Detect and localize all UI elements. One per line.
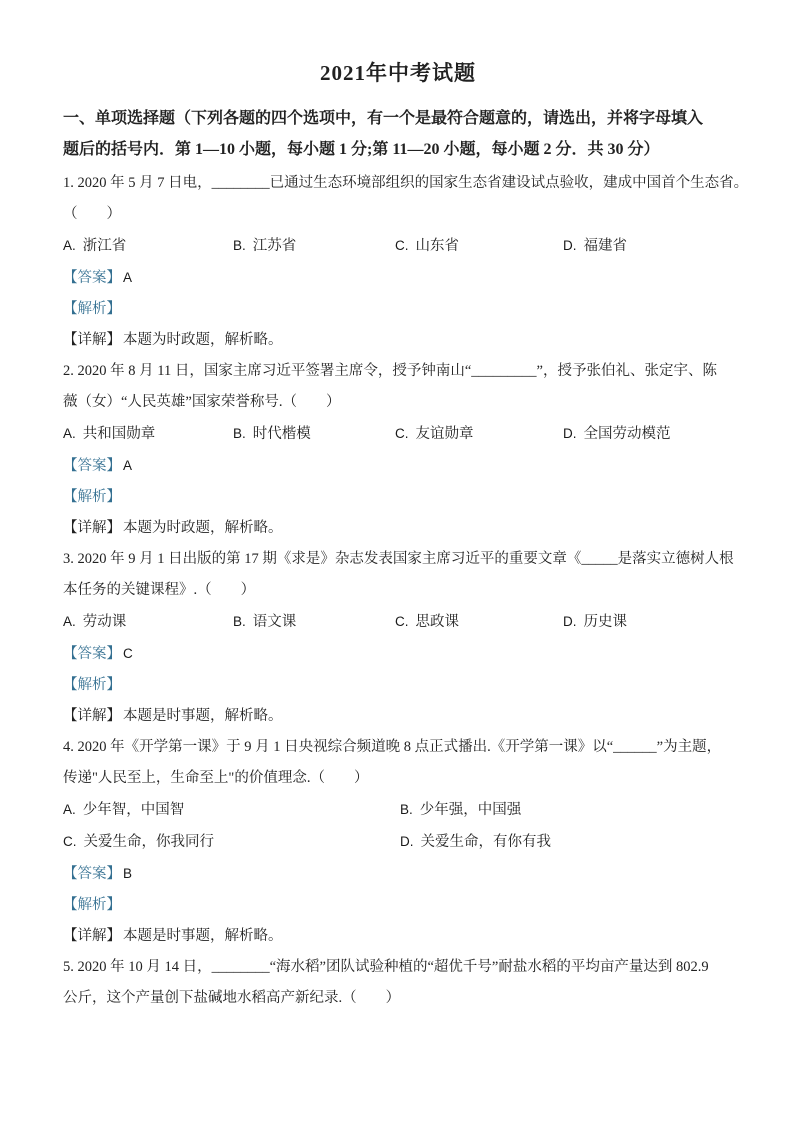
option-b: B.少年强，中国强 <box>400 794 733 826</box>
options-row: C.关爱生命，你我同行 D.关爱生命，有你有我 <box>63 826 733 858</box>
question-4: 4. 2020 年《开学第一课》于 9 月 1 日央视综合频道晚 8 点正式播出… <box>63 732 733 952</box>
answer-value: A <box>123 270 132 285</box>
option-text: 友谊勋章 <box>416 426 474 442</box>
analysis-label: 【解析】 <box>63 897 121 913</box>
option-letter: A. <box>63 238 76 253</box>
option-text: 语文课 <box>253 614 297 630</box>
option-letter: D. <box>563 238 577 253</box>
options-row: A.劳动课 B.语文课 C.思政课 D.历史课 <box>63 606 733 638</box>
option-letter: C. <box>395 426 409 441</box>
option-text: 浙江省 <box>83 238 127 254</box>
detail-line: 【详解】本题是时事题，解析略。 <box>63 701 733 732</box>
option-d: D.关爱生命，有你有我 <box>400 826 733 858</box>
detail-label: 【详解】 <box>63 928 121 944</box>
option-letter: B. <box>400 802 413 817</box>
option-a: A.共和国勋章 <box>63 418 233 450</box>
section-header-line: 一、单项选择题（下列各题的四个选项中，有一个是最符合题意的，请选出，并将字母填入 <box>63 103 733 134</box>
document-page: 2021年中考试题 一、单项选择题（下列各题的四个选项中，有一个是最符合题意的，… <box>0 0 793 1122</box>
option-text: 关爱生命，有你有我 <box>421 834 552 850</box>
option-text: 思政课 <box>416 614 460 630</box>
option-b: B.时代楷模 <box>233 418 395 450</box>
question-stem-line: 1. 2020 年 5 月 7 日电，________已通过生态环境部组织的国家… <box>63 168 733 199</box>
option-c: C.友谊勋章 <box>395 418 563 450</box>
option-text: 少年智，中国智 <box>83 802 185 818</box>
option-d: D.历史课 <box>563 606 733 638</box>
option-text: 少年强，中国强 <box>420 802 522 818</box>
option-text: 共和国勋章 <box>83 426 156 442</box>
option-letter: A. <box>63 614 76 629</box>
option-d: D.全国劳动模范 <box>563 418 733 450</box>
option-text: 历史课 <box>584 614 628 630</box>
detail-text: 本题为时政题，解析略。 <box>123 520 283 536</box>
options-row: A.浙江省 B.江苏省 C.山东省 D.福建省 <box>63 230 733 262</box>
answer-value: A <box>123 458 132 473</box>
question-stem-line: 3. 2020 年 9 月 1 日出版的第 17 期《求是》杂志发表国家主席习近… <box>63 544 733 575</box>
option-letter: B. <box>233 238 246 253</box>
question-5: 5. 2020 年 10 月 14 日，________“海水稻”团队试验种植的… <box>63 952 733 1014</box>
analysis-label: 【解析】 <box>63 301 121 317</box>
detail-text: 本题是时事题，解析略。 <box>123 928 283 944</box>
option-a: A.少年智，中国智 <box>63 794 400 826</box>
option-c: C.关爱生命，你我同行 <box>63 826 400 858</box>
questions-area: 1. 2020 年 5 月 7 日电，________已通过生态环境部组织的国家… <box>63 168 733 1014</box>
detail-text: 本题是时事题，解析略。 <box>123 708 283 724</box>
answer-label: 【答案】 <box>63 646 121 662</box>
detail-label: 【详解】 <box>63 520 121 536</box>
question-stem-line: 5. 2020 年 10 月 14 日，________“海水稻”团队试验种植的… <box>63 952 733 983</box>
option-letter: A. <box>63 802 76 817</box>
analysis-line: 【解析】 <box>63 670 733 701</box>
question-stem-line: 本任务的关键课程》.（ ） <box>63 575 733 606</box>
option-a: A.浙江省 <box>63 230 233 262</box>
answer-value: B <box>123 866 132 881</box>
answer-label: 【答案】 <box>63 458 121 474</box>
option-letter: C. <box>63 834 77 849</box>
question-stem-line: 传递"人民至上，生命至上"的价值理念.（ ） <box>63 763 733 794</box>
analysis-line: 【解析】 <box>63 890 733 921</box>
option-text: 福建省 <box>584 238 628 254</box>
option-letter: A. <box>63 426 76 441</box>
answer-label: 【答案】 <box>63 866 121 882</box>
answer-line: 【答案】A <box>63 262 733 294</box>
option-b: B.语文课 <box>233 606 395 638</box>
section-header: 一、单项选择题（下列各题的四个选项中，有一个是最符合题意的，请选出，并将字母填入… <box>63 103 733 165</box>
option-letter: B. <box>233 426 246 441</box>
options-row: A.少年智，中国智 B.少年强，中国强 <box>63 794 733 826</box>
option-letter: D. <box>563 426 577 441</box>
analysis-label: 【解析】 <box>63 677 121 693</box>
answer-line: 【答案】B <box>63 858 733 890</box>
detail-line: 【详解】本题是时事题，解析略。 <box>63 921 733 952</box>
option-c: C.山东省 <box>395 230 563 262</box>
question-3: 3. 2020 年 9 月 1 日出版的第 17 期《求是》杂志发表国家主席习近… <box>63 544 733 732</box>
detail-label: 【详解】 <box>63 708 121 724</box>
option-b: B.江苏省 <box>233 230 395 262</box>
option-text: 劳动课 <box>83 614 127 630</box>
detail-line: 【详解】本题为时政题，解析略。 <box>63 513 733 544</box>
option-text: 关爱生命，你我同行 <box>84 834 215 850</box>
detail-line: 【详解】本题为时政题，解析略。 <box>63 325 733 356</box>
question-stem-line: 薇（女）“人民英雄”国家荣誉称号.（ ） <box>63 387 733 418</box>
option-letter: C. <box>395 614 409 629</box>
answer-value: C <box>123 646 133 661</box>
option-text: 时代楷模 <box>253 426 311 442</box>
option-c: C.思政课 <box>395 606 563 638</box>
option-text: 山东省 <box>416 238 460 254</box>
option-text: 江苏省 <box>253 238 297 254</box>
option-a: A.劳动课 <box>63 606 233 638</box>
question-stem-line: 4. 2020 年《开学第一课》于 9 月 1 日央视综合频道晚 8 点正式播出… <box>63 732 733 763</box>
question-1: 1. 2020 年 5 月 7 日电，________已通过生态环境部组织的国家… <box>63 168 733 356</box>
option-letter: C. <box>395 238 409 253</box>
question-bracket-line: （ ） <box>63 199 733 230</box>
analysis-label: 【解析】 <box>63 489 121 505</box>
detail-text: 本题为时政题，解析略。 <box>123 332 283 348</box>
option-text: 全国劳动模范 <box>584 426 671 442</box>
question-stem-line: 公斤，这个产量创下盐碱地水稻高产新纪录.（ ） <box>63 983 733 1014</box>
analysis-line: 【解析】 <box>63 294 733 325</box>
section-header-line: 题后的括号内．第 1—10 小题，每小题 1 分;第 11—20 小题，每小题 … <box>63 134 733 165</box>
answer-line: 【答案】A <box>63 450 733 482</box>
option-letter: B. <box>233 614 246 629</box>
detail-label: 【详解】 <box>63 332 121 348</box>
answer-label: 【答案】 <box>63 270 121 286</box>
answer-line: 【答案】C <box>63 638 733 670</box>
option-letter: D. <box>563 614 577 629</box>
option-letter: D. <box>400 834 414 849</box>
option-d: D.福建省 <box>563 230 733 262</box>
question-2: 2. 2020 年 8 月 11 日，国家主席习近平签署主席令，授予钟南山“__… <box>63 356 733 544</box>
analysis-line: 【解析】 <box>63 482 733 513</box>
options-row: A.共和国勋章 B.时代楷模 C.友谊勋章 D.全国劳动模范 <box>63 418 733 450</box>
page-title: 2021年中考试题 <box>63 58 733 88</box>
question-stem-line: 2. 2020 年 8 月 11 日，国家主席习近平签署主席令，授予钟南山“__… <box>63 356 733 387</box>
